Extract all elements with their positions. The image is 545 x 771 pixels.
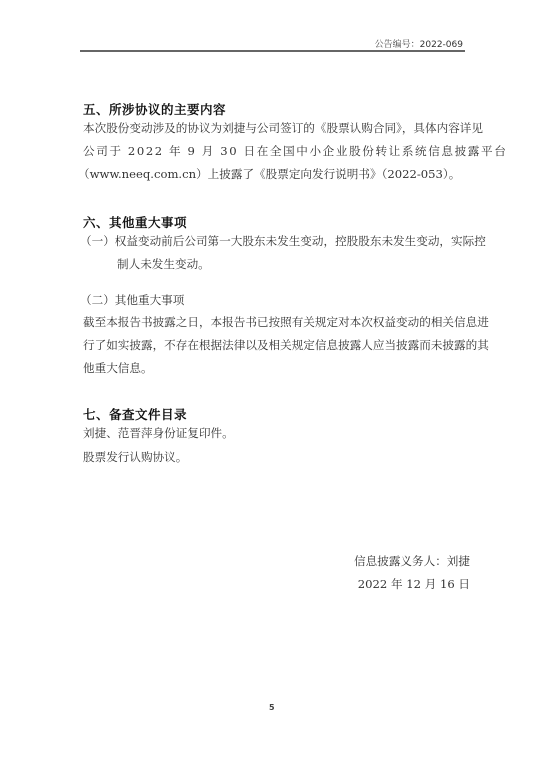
section-7-line-2: 股票发行认购协议。 — [83, 446, 187, 469]
announcement-number-label: 公告编号： — [375, 40, 420, 50]
section-5-line-1: 本次股份变动涉及的协议为刘捷与公司签订的《股票认购合同》，具体内容详见 — [83, 117, 483, 140]
section-5-line-2: 公司于 2022 年 9 月 30 日在全国中小企业股份转让系统信息披露平台 — [83, 140, 507, 163]
announcement-number-value: 2022-069 — [420, 40, 463, 50]
section-6-sub2-line-1: 截至本报告书披露之日，本报告书已按照有关规定对本次权益变动的相关信息进 — [83, 311, 489, 334]
announcement-number: 公告编号：2022-069 — [375, 37, 463, 50]
section-6-sub1-line-1: （一）权益变动前后公司第一大股东未发生变动，控股股东未发生变动，实际控 — [80, 230, 486, 253]
section-6-sub2-title: （二）其他重大事项 — [80, 289, 184, 312]
section-6-heading: 六、其他重大事项 — [83, 213, 187, 231]
section-6-sub2-line-2: 行了如实披露，不存在根据法律以及相关规定信息披露人应当披露而未披露的其 — [83, 334, 489, 357]
discloser-signature: 信息披露义务人：刘捷 — [354, 553, 470, 569]
section-6-sub1-line-2: 制人未发生变动。 — [117, 253, 210, 276]
section-5-line-3: （www.neeq.com.cn）上披露了《股票定向发行说明书》（2022-05… — [78, 163, 460, 186]
section-7-line-1: 刘捷、范晋萍身份证复印件。 — [83, 422, 234, 445]
document-page: 公告编号：2022-069 五、所涉协议的主要内容 本次股份变动涉及的协议为刘捷… — [0, 0, 545, 771]
header-divider — [80, 50, 465, 52]
signature-date: 2022 年 12 月 16 日 — [358, 576, 470, 592]
section-7-heading: 七、备查文件目录 — [83, 405, 187, 423]
section-5-heading: 五、所涉协议的主要内容 — [83, 100, 226, 118]
section-6-sub2-line-3: 他重大信息。 — [83, 357, 153, 380]
page-number: 5 — [269, 703, 275, 712]
